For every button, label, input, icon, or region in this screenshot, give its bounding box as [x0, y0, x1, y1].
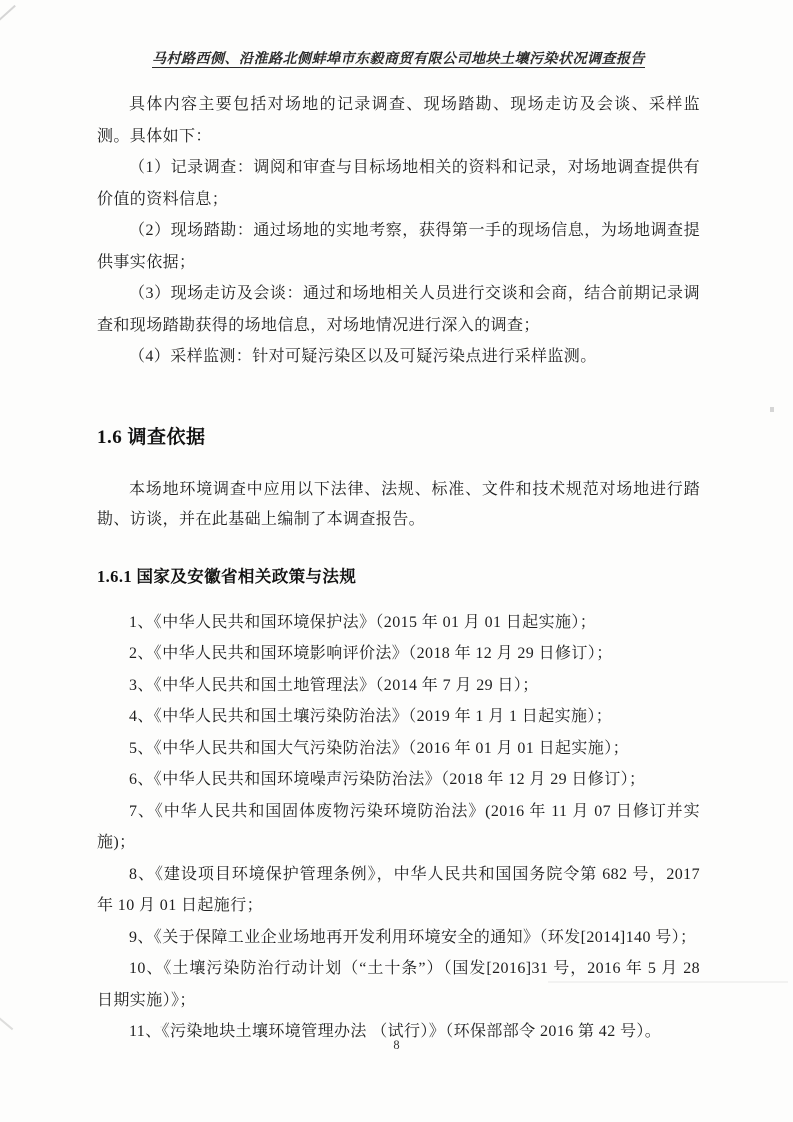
- scan-artifact-top-left: [0, 5, 16, 21]
- regulation-item: 7、《中华人民共和国固体废物污染环境防治法》(2016 年 11 月 07 日修…: [97, 796, 700, 859]
- procedure-item-2: （2）现场踏勘：通过场地的实地考察，获得第一手的现场信息，为场地调查提供事实依据…: [97, 215, 700, 278]
- regulation-item: 2、《中华人民共和国环境影响评价法》（2018 年 12 月 29 日修订）；: [97, 638, 700, 670]
- scan-artifact-smudge: [548, 981, 788, 983]
- document-page: 马村路西侧、沿淮路北侧蚌埠市东毅商贸有限公司地块土壤污染状况调查报告 具体内容主…: [0, 0, 793, 1122]
- regulation-item: 6、《中华人民共和国环境噪声污染防治法》（2018 年 12 月 29 日修订）…: [97, 764, 700, 796]
- regulation-item: 5、《中华人民共和国大气污染防治法》（2016 年 01 月 01 日起实施）；: [97, 733, 700, 765]
- regulation-item: 4、《中华人民共和国土壤污染防治法》（2019 年 1 月 1 日起实施）；: [97, 701, 700, 733]
- scan-artifact-smudge: [160, 1026, 215, 1028]
- procedure-item-3: （3）现场走访及会谈：通过和场地相关人员进行交谈和会商，结合前期记录调查和现场踏…: [97, 278, 700, 341]
- procedure-item-4: （4）采样监测：针对可疑污染区以及可疑污染点进行采样监测。: [97, 341, 700, 373]
- page-number: 8: [0, 1038, 793, 1053]
- regulation-item: 3、《中华人民共和国土地管理法》（2014 年 7 月 29 日）；: [97, 670, 700, 702]
- report-header-title: 马村路西侧、沿淮路北侧蚌埠市东毅商贸有限公司地块土壤污染状况调查报告: [97, 48, 700, 68]
- procedure-section: 具体内容主要包括对场地的记录调查、现场踏勘、现场走访及会谈、采样监测。具体如下：…: [97, 89, 700, 373]
- scan-artifact-dot: [770, 407, 774, 412]
- section-1-6-intro: 本场地环境调查中应用以下法律、法规、标准、文件和技术规范对场地进行踏勘、访谈，并…: [97, 475, 700, 535]
- regulation-item: 1、《中华人民共和国环境保护法》（2015 年 01 月 01 日起实施）；: [97, 607, 700, 639]
- subsection-1-6-1-heading: 1.6.1 国家及安徽省相关政策与法规: [97, 563, 700, 587]
- section-1-6-heading: 1.6 调查依据: [97, 422, 700, 449]
- intro-paragraph: 具体内容主要包括对场地的记录调查、现场踏勘、现场走访及会谈、采样监测。具体如下：: [97, 89, 700, 152]
- regulation-item: 8、《建设项目环境保护管理条例》，中华人民共和国国务院令第 682 号，2017…: [97, 859, 700, 922]
- page-content: 马村路西侧、沿淮路北侧蚌埠市东毅商贸有限公司地块土壤污染状况调查报告 具体内容主…: [0, 48, 793, 1048]
- procedure-item-1: （1）记录调查：调阅和审查与目标场地相关的资料和记录，对场地调查提供有价值的资料…: [97, 152, 700, 215]
- regulation-item: 10、《土壤污染防治行动计划（“土十条”）（国发[2016]31 号，2016 …: [97, 953, 700, 1016]
- regulation-item: 9、《关于保障工业企业场地再开发利用环境安全的通知》（环发[2014]140 号…: [97, 922, 700, 954]
